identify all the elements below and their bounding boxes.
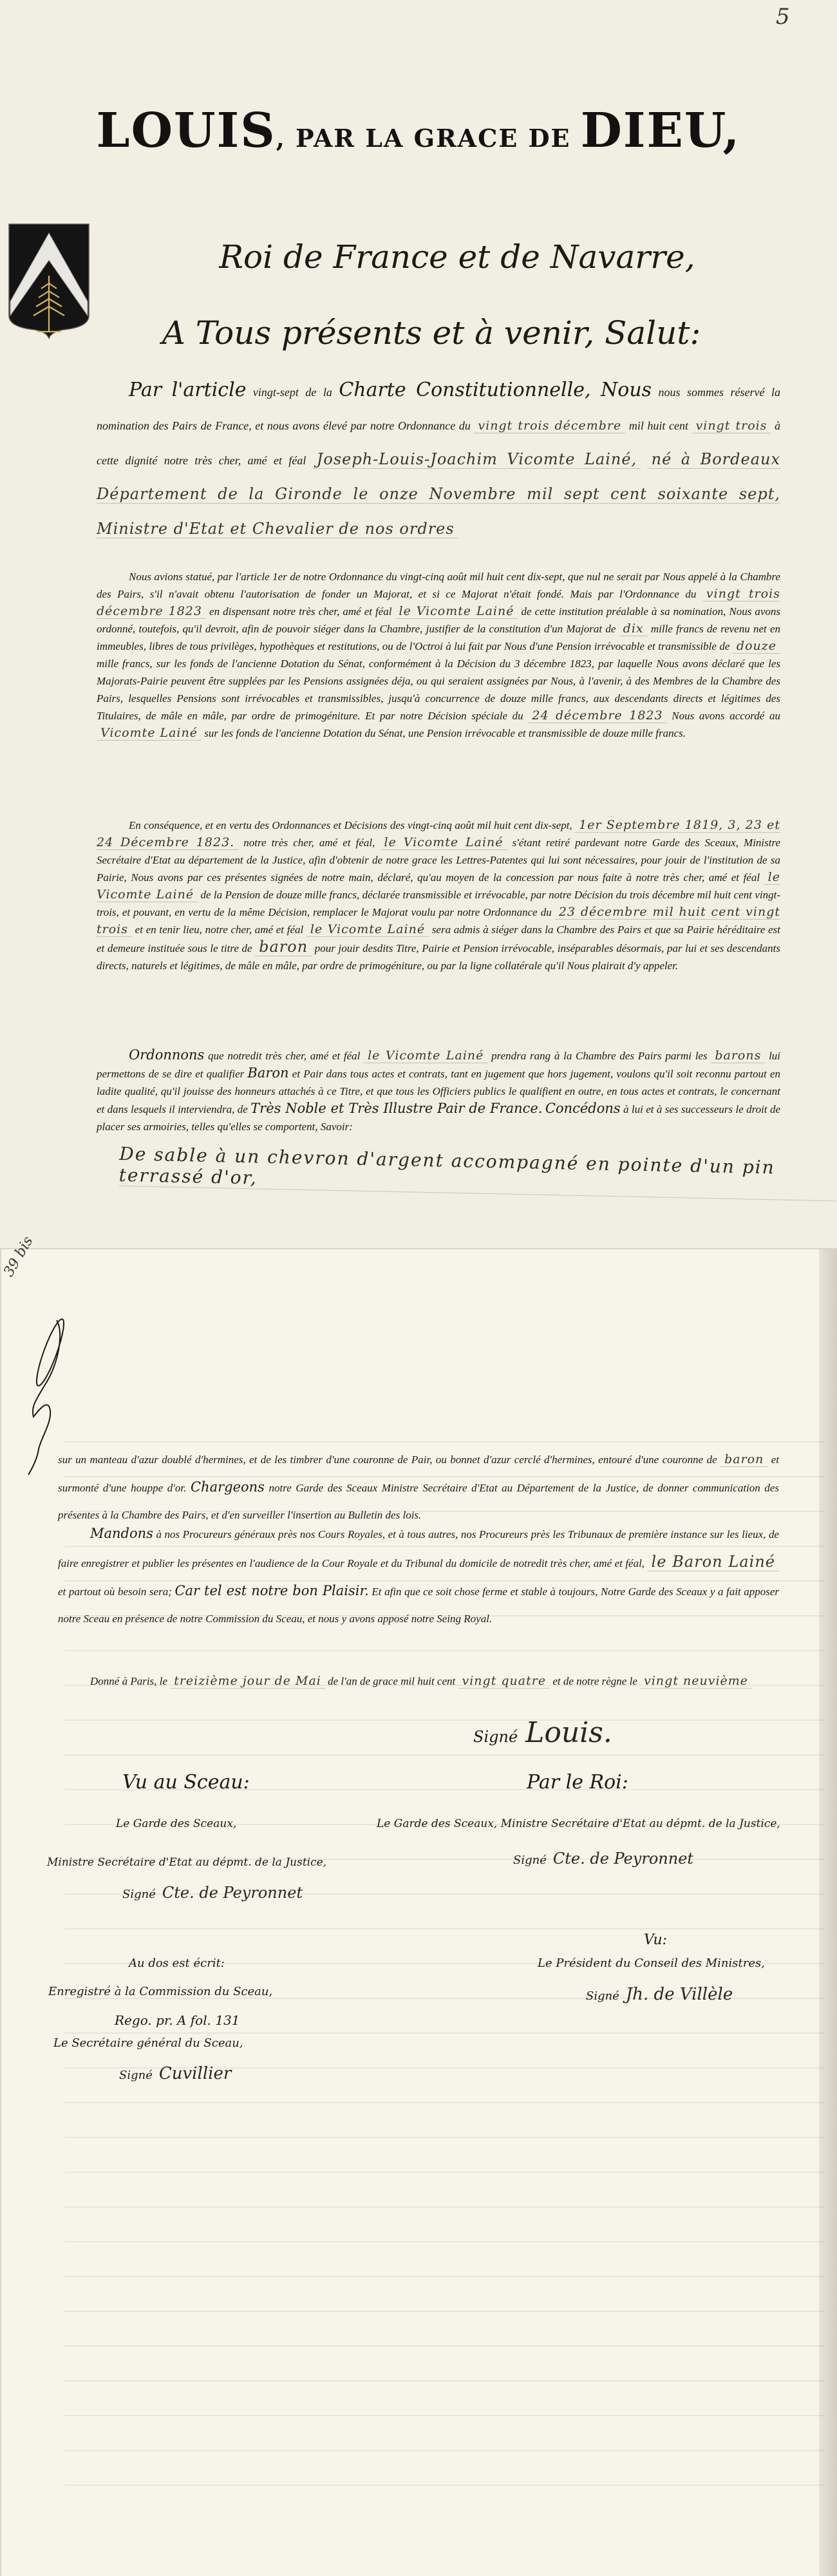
au-dos-heading: Au dos est écrit: (129, 1956, 225, 1970)
paragraph-text: et partout où besoin sera; (58, 1586, 172, 1598)
left-signature: Signé Cte. de Peyronnet (122, 1884, 303, 1902)
signed-label: Signé (586, 1989, 619, 2003)
signature-peyronnet: Cte. de Peyronnet (553, 1850, 693, 1868)
handwritten-blazon: De sable à un chevron d'argent accompagn… (118, 1143, 837, 1201)
enregistre-label: Enregistré à la Commission du Sceau, (48, 1985, 272, 1998)
handwritten-name: Vicomte Lainé (97, 726, 202, 741)
signature-cuvillier: Cuvillier (159, 2064, 231, 2083)
signature-peyronnet: Cte. de Peyronnet (162, 1884, 303, 1902)
royal-title: LOUIS, PAR LA GRACE DE DIEU, (0, 103, 837, 158)
paragraph-text: sur un manteau d'azur doublé d'hermines,… (58, 1454, 717, 1466)
signed-label: Signé (122, 1888, 156, 1901)
president-conseil-label: Le Président du Conseil des Ministres, (538, 1956, 765, 1970)
title-dieu: DIEU (581, 103, 723, 158)
page-1: 5 LOUIS, PAR LA GRACE DE DIEU, Roi de Fr… (0, 0, 837, 1248)
secretaire-label: Le Secrétaire général du Sceau, (53, 2036, 243, 2050)
vu-heading: Vu: (644, 1932, 667, 1948)
signed-label: Signé (513, 1853, 547, 1867)
title-comma: , (723, 103, 741, 158)
handwritten-amount: douze (733, 639, 780, 654)
handwritten-name: le Vicomte Lainé (306, 922, 429, 937)
handwritten-day: treizième jour de Mai (170, 1674, 325, 1689)
handwritten-rank: barons (711, 1048, 765, 1063)
registry-folio: Rego. pr. A fol. 131 (115, 2012, 240, 2028)
handwritten-name: le Baron Lainé (648, 1553, 779, 1571)
signed-label: Signé (119, 2069, 153, 2082)
nous-lead: Nous (591, 379, 652, 401)
preamble-paragraph: Par l'article vingt-sept de la Charte Co… (97, 374, 780, 547)
manteau-paragraph: sur un manteau d'azur doublé d'hermines,… (58, 1446, 779, 1529)
mandons-lead: Mandons (90, 1526, 153, 1541)
paragraph-text: de l'an de grace mil huit cent (328, 1675, 455, 1687)
paragraph-text: que notredit très cher, amé et féal (208, 1050, 360, 1062)
preamble-text: vingt-sept de la (246, 386, 339, 399)
mandons-paragraph: Mandons à nos Procureurs généraux près n… (58, 1520, 779, 1633)
paragraph-text: notre très cher, amé et féal, (243, 837, 375, 849)
paragraph-text: Donné à Paris, le (90, 1675, 167, 1687)
subtitle-salut: A Tous présents et à venir, Salut: (0, 314, 837, 352)
handwritten-name: le Vicomte Lainé (381, 835, 507, 850)
consequence-paragraph: En conséquence, et en vertu des Ordonnan… (97, 817, 780, 974)
paragraph-text: et de notre règne le (552, 1675, 637, 1687)
handwritten-reign: vingt neuvième (640, 1674, 752, 1689)
charte-constitutionnelle: Charte Constitutionnelle, (339, 379, 590, 401)
handwritten-rank: baron (720, 1452, 767, 1467)
majorat-paragraph: Nous avions statué, par l'article 1er de… (97, 568, 780, 742)
ordonnons-lead: Ordonnons (129, 1047, 204, 1063)
signature-louis: Louis. (525, 1716, 612, 1749)
handwritten-year: vingt quatre (458, 1674, 550, 1689)
registration-signature: Signé Cuvillier (119, 2064, 231, 2083)
subtitle-roi-de-france: Roi de France et de Navarre, (0, 238, 837, 276)
handwritten-name: le Vicomte Lainé (395, 604, 518, 619)
chargeons-lead: Chargeons (191, 1479, 265, 1495)
paragraph-text: Nous avons accordé au (672, 710, 780, 722)
handwritten-year: vingt trois (692, 419, 771, 433)
handwritten-date: vingt trois décembre (474, 419, 625, 433)
preamble-lead: Par l'article (129, 379, 246, 401)
coat-of-arms-icon (5, 219, 93, 341)
royal-signature: Signé Louis. (473, 1716, 612, 1749)
right-signature: Signé Cte. de Peyronnet (513, 1850, 693, 1868)
handwritten-date: 24 décembre 1823 (528, 708, 666, 723)
garde-des-sceaux-label: Le Garde des Sceaux, (116, 1817, 236, 1830)
concedons-lead: Concédons (545, 1101, 621, 1116)
signature-villele: Jh. de Villèle (626, 1985, 733, 2004)
folio-number: 5 (776, 4, 790, 30)
ordonnons-paragraph: Ordonnons que notredit très cher, amé et… (97, 1046, 780, 1135)
paragraph-text: et en tenir lieu, notre cher, amé et féa… (135, 923, 304, 936)
vu-au-sceau-heading: Vu au Sceau: (122, 1771, 250, 1794)
ministre-label: Ministre Secrétaire d'Etat au dépmt. de … (47, 1856, 326, 1869)
president-signature: Signé Jh. de Villèle (586, 1985, 733, 2004)
dating-clause: Donné à Paris, le treizième jour de Mai … (58, 1668, 779, 1694)
par-le-roi-heading: Par le Roi: (527, 1771, 628, 1794)
paragraph-text: en dispensant notre très cher, amé et fé… (209, 605, 391, 618)
page-edge (819, 1249, 837, 2576)
paragraph-text: Nous avions statué, par l'article 1er de… (97, 571, 780, 600)
handwritten-amount: dix (619, 621, 648, 636)
title-louis: LOUIS (97, 103, 276, 158)
tres-noble-lead: Très Noble et Très Illustre Pair de Fran… (250, 1101, 542, 1116)
paragraph-text: prendra rang à la Chambre des Pairs parm… (491, 1050, 707, 1062)
title-par-la-grace-de: , PAR LA GRACE DE (276, 124, 581, 153)
preamble-text: mil huit cent (629, 419, 688, 432)
signed-label: Signé (473, 1728, 518, 1746)
handwritten-title: baron (255, 938, 312, 956)
garde-ministre-label: Le Garde des Sceaux, Ministre Secrétaire… (377, 1817, 780, 1830)
paragraph-text: En conséquence, et en vertu des Ordonnan… (129, 819, 572, 831)
handwritten-name: le Vicomte Lainé (364, 1048, 487, 1063)
baron-lead: Baron (247, 1065, 288, 1081)
paragraph-text: sur les fonds de l'ancienne Dotation du … (204, 727, 686, 739)
handwritten-name: Joseph-Louis-Joachim Vicomte Lainé, (313, 450, 641, 469)
bon-plaisir-lead: Car tel est notre bon Plaisir. (174, 1583, 368, 1598)
